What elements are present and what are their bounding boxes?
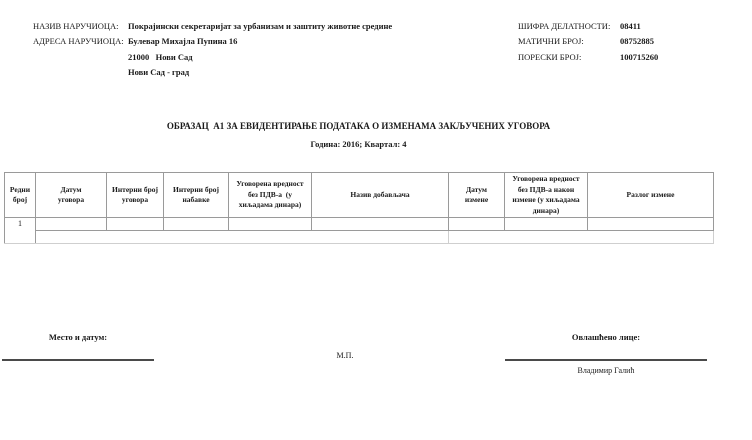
cell-naziv-dobavljaca: [312, 218, 449, 231]
continuation-cell-right: [449, 231, 714, 244]
cell-vrednost-nakon-izmene: [505, 218, 588, 231]
stamp-label: М.П.: [328, 351, 362, 361]
buyer-address-value: Булевар Михајла Пупина 16: [128, 34, 237, 49]
cell-interni-broj-ugovora: [107, 218, 164, 231]
cell-datum-izmene: [449, 218, 505, 231]
table-continuation-row: [5, 231, 714, 244]
activity-code-value: 08411: [620, 19, 641, 34]
company-number-value: 08752885: [620, 34, 654, 49]
authorized-person-label: Овлашћено лице:: [505, 331, 707, 343]
buyer-address-row: АДРЕСА НАРУЧИОЦА: Булевар Михајла Пупина…: [33, 34, 392, 49]
row-number-cell: 1: [5, 218, 36, 244]
col-header-ugovorena-vrednost: Уговорена вредност без ПДВ-а (у хиљадама…: [229, 173, 312, 218]
buyer-info-block: НАЗИВ НАРУЧИОЦА: Покрајински секретарија…: [33, 19, 392, 81]
authorized-signature-line: [505, 359, 707, 361]
buyer-region-label: [33, 65, 128, 80]
col-header-interni-broj-ugovora: Интерни број уговора: [107, 173, 164, 218]
continuation-cell-left: [36, 231, 449, 244]
activity-code-label: ШИФРА ДЕЛАТНОСТИ:: [518, 19, 620, 34]
company-number-row: МАТИЧНИ БРОЈ: 08752885: [518, 34, 658, 49]
authorized-person-block: Овлашћено лице: Владимир Галић: [505, 331, 707, 376]
registry-info-block: ШИФРА ДЕЛАТНОСТИ: 08411 МАТИЧНИ БРОЈ: 08…: [518, 19, 658, 65]
table-row: 1: [5, 218, 714, 231]
form-title: ОБРАЗАЦ А1 ЗА ЕВИДЕНТИРАЊЕ ПОДАТАКА О ИЗ…: [4, 121, 713, 132]
contract-amendments-table: Редни број Датум уговора Интерни број уг…: [4, 172, 714, 244]
cell-ugovorena-vrednost: [229, 218, 312, 231]
col-header-naziv-dobavljaca: Назив добављача: [312, 173, 449, 218]
activity-code-row: ШИФРА ДЕЛАТНОСТИ: 08411: [518, 19, 658, 34]
buyer-name-value: Покрајински секретаријат за урбанизам и …: [128, 19, 392, 34]
buyer-postal-city-label: [33, 50, 128, 65]
place-date-label: Место и датум:: [2, 331, 154, 343]
cell-datum-ugovora: [36, 218, 107, 231]
buyer-postal-city-value: 21000 Нови Сад: [128, 50, 193, 65]
col-header-redni-broj: Редни број: [5, 173, 36, 218]
authorized-person-name: Владимир Галић: [505, 366, 707, 376]
place-date-signature-line: [2, 359, 154, 361]
document-page: НАЗИВ НАРУЧИОЦА: Покрајински секретарија…: [0, 0, 752, 440]
col-header-datum-izmene: Датум измене: [449, 173, 505, 218]
cell-interni-broj-nabavke: [164, 218, 229, 231]
place-date-block: Место и датум:: [2, 331, 154, 361]
buyer-region-row: Нови Сад - град: [33, 65, 392, 80]
buyer-name-row: НАЗИВ НАРУЧИОЦА: Покрајински секретарија…: [33, 19, 392, 34]
col-header-datum-ugovora: Датум уговора: [36, 173, 107, 218]
table-header-row: Редни број Датум уговора Интерни број уг…: [5, 173, 714, 218]
buyer-name-label: НАЗИВ НАРУЧИОЦА:: [33, 19, 128, 34]
tax-number-label: ПОРЕСКИ БРОЈ:: [518, 50, 620, 65]
col-header-interni-broj-nabavke: Интерни број набавке: [164, 173, 229, 218]
tax-number-value: 100715260: [620, 50, 658, 65]
buyer-address-label: АДРЕСА НАРУЧИОЦА:: [33, 34, 128, 49]
company-number-label: МАТИЧНИ БРОЈ:: [518, 34, 620, 49]
form-period-subtitle: Година: 2016; Квартал: 4: [4, 139, 713, 149]
col-header-vrednost-nakon-izmene: Уговорена вредност без ПДВ-а након измен…: [505, 173, 588, 218]
tax-number-row: ПОРЕСКИ БРОЈ: 100715260: [518, 50, 658, 65]
buyer-postal-city-row: 21000 Нови Сад: [33, 50, 392, 65]
buyer-region-value: Нови Сад - град: [128, 65, 189, 80]
cell-razlog-izmene: [588, 218, 714, 231]
col-header-razlog-izmene: Разлог измене: [588, 173, 714, 218]
